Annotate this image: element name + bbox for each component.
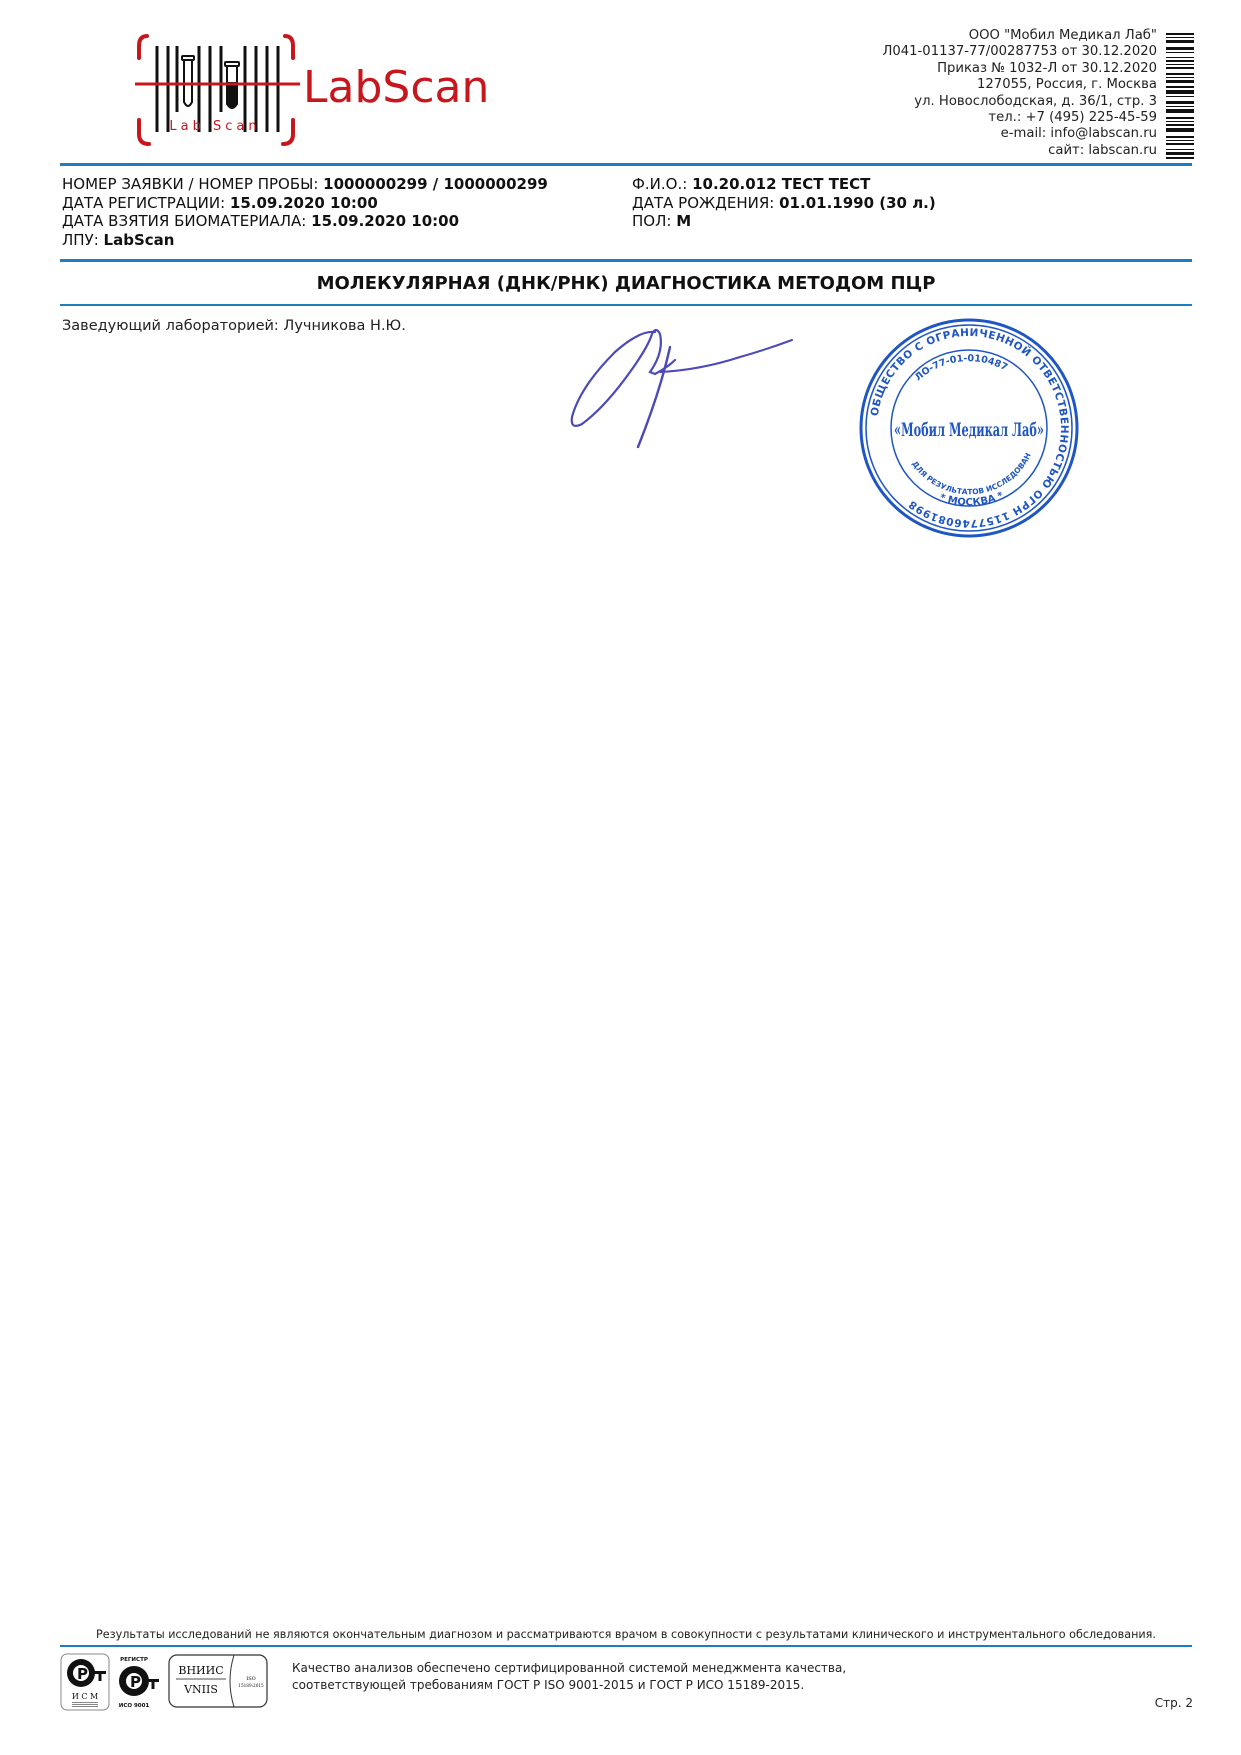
disclaimer-text: Результаты исследований не являются окон… (60, 1628, 1192, 1641)
sex-row: ПОЛ: М (632, 212, 936, 231)
barcode-tube-logo-icon: Lab Scan (135, 32, 300, 152)
birth-date-row: ДАТА РОЖДЕНИЯ: 01.01.1990 (30 л.) (632, 194, 936, 213)
rst-register-cert-icon: РЕГИСТР Р ИСО 9001 (114, 1653, 160, 1711)
order-number-row: НОМЕР ЗАЯВКИ / НОМЕР ПРОБЫ: 1000000299 /… (62, 175, 548, 194)
svg-text:VNIIS: VNIIS (183, 1683, 218, 1696)
lpu-row: ЛПУ: LabScan (62, 231, 548, 250)
quality-statement: Качество анализов обеспечено сертифициро… (292, 1660, 846, 1694)
company-name: ООО "Мобил Медикал Лаб" (882, 28, 1157, 44)
quality-line-1: Качество анализов обеспечено сертифициро… (292, 1660, 846, 1677)
patient-name-row: Ф.И.О.: 10.20.012 ТЕСТ ТЕСТ (632, 175, 936, 194)
order-info: НОМЕР ЗАЯВКИ / НОМЕР ПРОБЫ: 1000000299 /… (62, 175, 548, 249)
patient-name-value: 10.20.012 ТЕСТ ТЕСТ (692, 175, 870, 193)
sex-value: М (676, 212, 691, 230)
company-license: Л041-01137-77/00287753 от 30.12.2020 (882, 44, 1157, 60)
signature-icon (560, 312, 800, 462)
title-divider (60, 304, 1192, 306)
company-site: сайт: labscan.ru (882, 143, 1157, 159)
registration-date-row: ДАТА РЕГИСТРАЦИИ: 15.09.2020 10:00 (62, 194, 548, 213)
company-phone: тел.: +7 (495) 225-45-59 (882, 110, 1157, 126)
biomaterial-date-row: ДАТА ВЗЯТИЯ БИОМАТЕРИАЛА: 15.09.2020 10:… (62, 212, 548, 231)
company-info: ООО "Мобил Медикал Лаб" Л041-01137-77/00… (882, 28, 1157, 159)
registration-date-value: 15.09.2020 10:00 (230, 194, 378, 212)
svg-text:«Мобил Медикал Лаб»: «Мобил Медикал Лаб» (894, 419, 1044, 441)
order-number-value: 1000000299 / 1000000299 (323, 175, 548, 193)
footer-divider (60, 1645, 1192, 1647)
lpu-value: LabScan (104, 231, 175, 249)
svg-text:ЛО-77-01-010487: ЛО-77-01-010487 (913, 353, 1009, 383)
lab-head-signature-line: Заведующий лабораторией: Лучникова Н.Ю. (62, 318, 406, 334)
company-order: Приказ № 1032-Л от 30.12.2020 (882, 61, 1157, 77)
header-divider (60, 163, 1192, 166)
svg-text:Lab Scan: Lab Scan (169, 119, 260, 134)
info-divider (60, 259, 1192, 262)
section-title: МОЛЕКУЛЯРНАЯ (ДНК/РНК) ДИАГНОСТИКА МЕТОД… (60, 273, 1192, 294)
svg-text:Р: Р (130, 1673, 141, 1691)
vertical-barcode-icon (1166, 33, 1194, 161)
company-city: 127055, Россия, г. Москва (882, 77, 1157, 93)
birth-date-value: 01.01.1990 (30 л.) (779, 194, 936, 212)
svg-text:РЕГИСТР: РЕГИСТР (120, 1657, 148, 1663)
company-street: ул. Новослободская, д. 36/1, стр. 3 (882, 94, 1157, 110)
svg-text:ИСО 9001: ИСО 9001 (119, 1703, 150, 1709)
company-email: e-mail: info@labscan.ru (882, 126, 1157, 142)
rst-ism-cert-icon: Р И С М (60, 1653, 110, 1711)
logo-brand-text: LabScan (303, 62, 489, 113)
svg-text:15189:2015: 15189:2015 (238, 1683, 264, 1688)
vniis-cert-icon: ВНИИС VNIIS ISO 15189:2015 (168, 1653, 268, 1709)
svg-text:ISO: ISO (246, 1676, 256, 1682)
patient-info: Ф.И.О.: 10.20.012 ТЕСТ ТЕСТ ДАТА РОЖДЕНИ… (632, 175, 936, 231)
svg-text:Р: Р (77, 1665, 88, 1683)
company-stamp-icon: ОБЩЕСТВО С ОГРАНИЧЕННОЙ ОТВЕТСТВЕННОСТЬЮ… (858, 312, 1080, 544)
biomaterial-date-value: 15.09.2020 10:00 (311, 212, 459, 230)
svg-text:ВНИИС: ВНИИС (178, 1664, 223, 1677)
page-number: Стр. 2 (1155, 1696, 1193, 1710)
quality-line-2: соответствующей требованиям ГОСТ Р ISO 9… (292, 1677, 846, 1694)
labscan-logo: Lab Scan LabScan (135, 32, 505, 152)
svg-text:И С М: И С М (72, 1692, 98, 1701)
